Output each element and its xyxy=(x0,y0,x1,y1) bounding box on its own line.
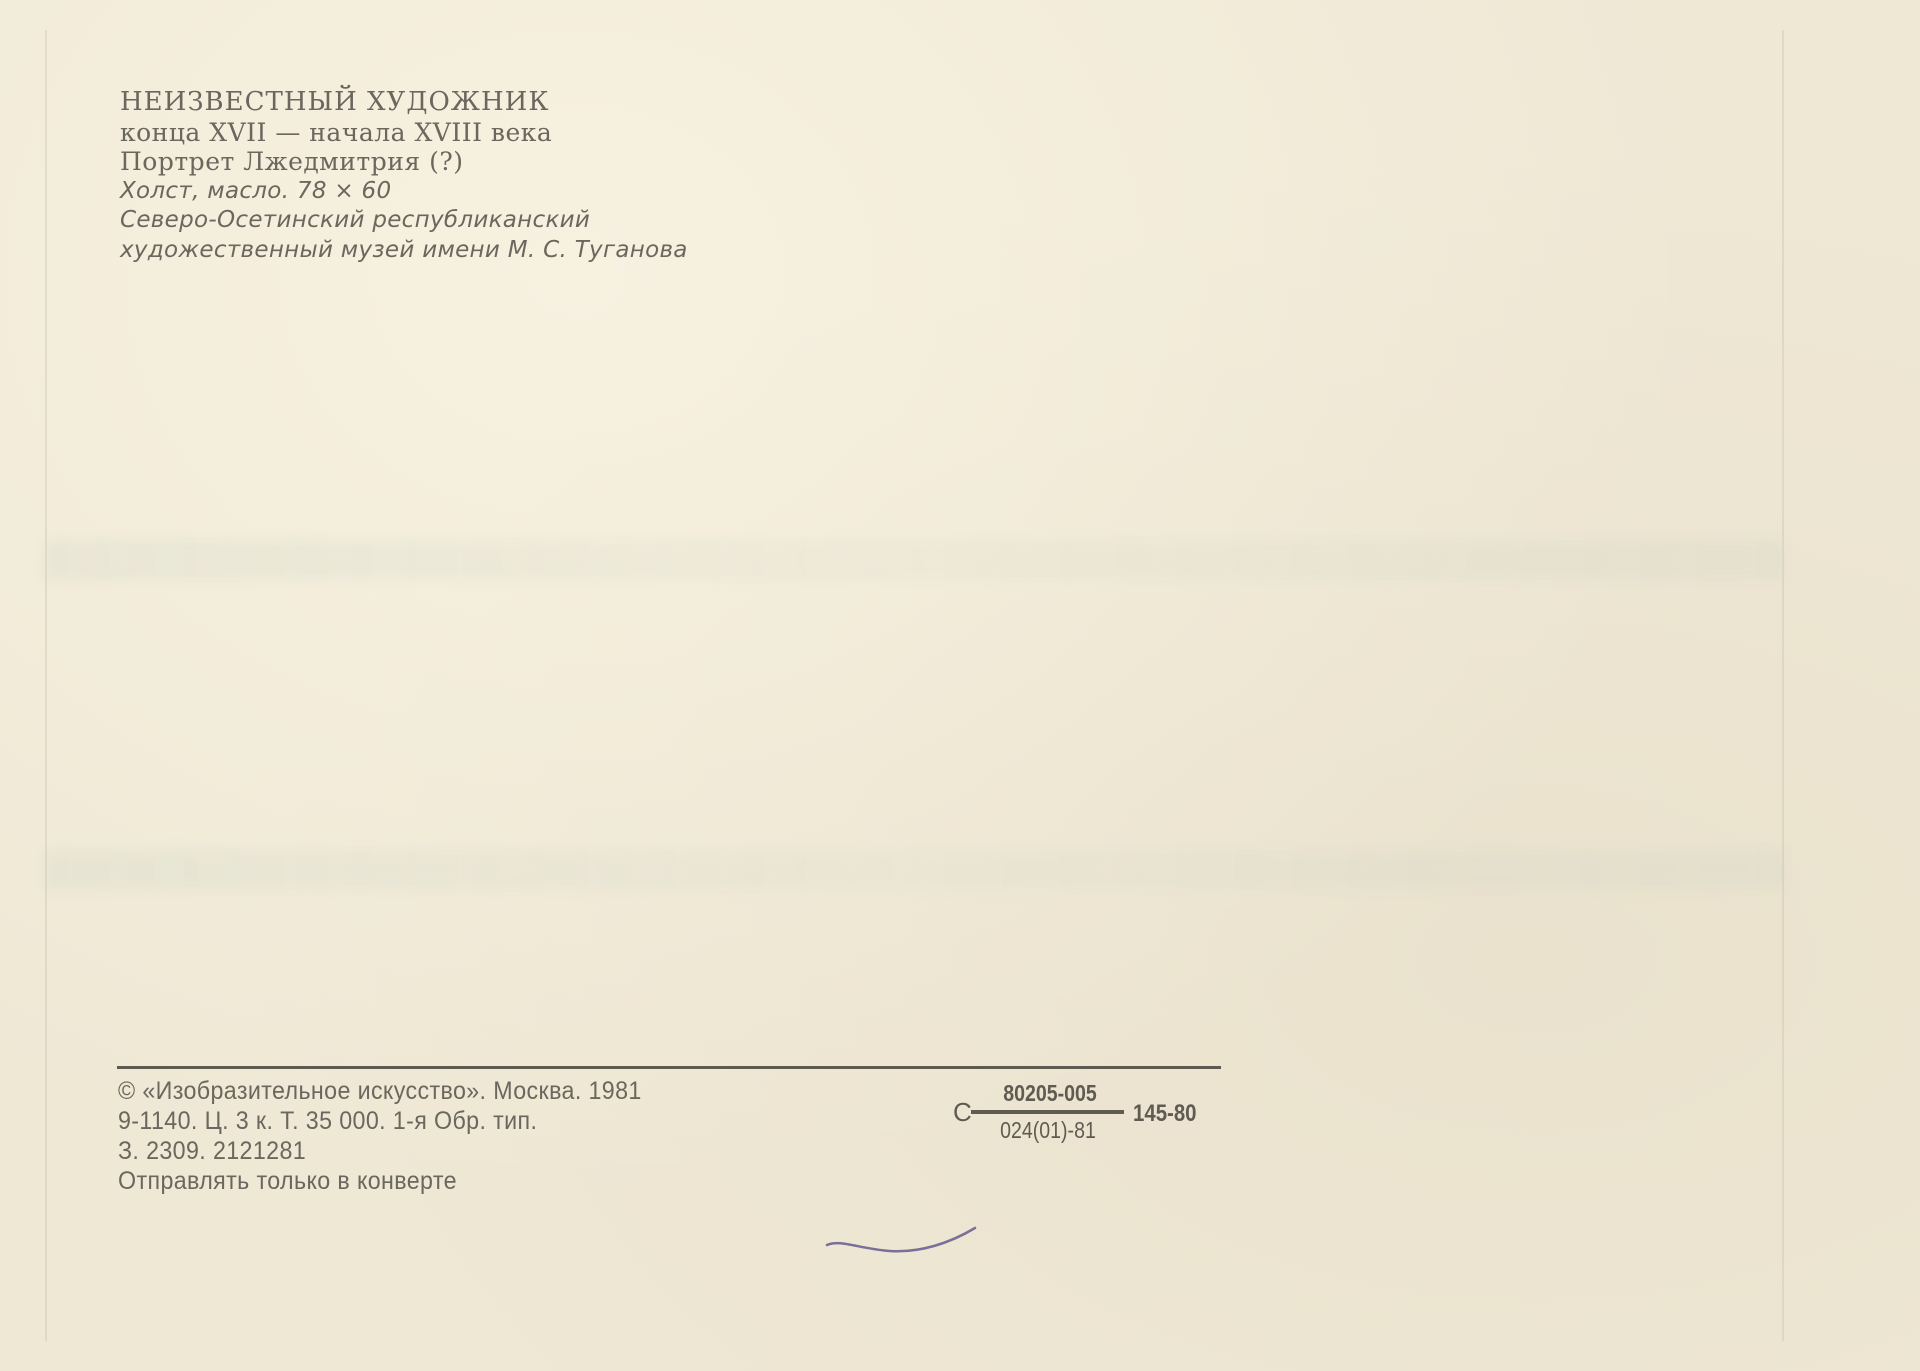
bleed-through-band-lower xyxy=(45,850,1785,890)
order-line: З. 2309. 2121281 xyxy=(118,1136,642,1166)
artwork-medium: Холст, масло. 78 × 60 xyxy=(120,177,688,207)
artist-name: НЕИЗВЕСТНЫЙ ХУДОЖНИК xyxy=(120,88,688,118)
publisher-imprint: © «Изобразительное искусство». Москва. 1… xyxy=(118,1076,681,1196)
museum-line-1: Северо-Осетинский республиканский xyxy=(120,206,688,236)
publisher-line: © «Изобразительное искусство». Москва. 1… xyxy=(118,1076,642,1106)
mailing-note: Отправлять только в конверте xyxy=(118,1166,642,1196)
artwork-title: Портрет Лжедмитрия (?) xyxy=(120,147,688,177)
pen-mark-icon xyxy=(820,1225,990,1275)
artwork-caption: НЕИЗВЕСТНЫЙ ХУДОЖНИК конца XVII — начала… xyxy=(120,88,688,265)
print-info-line: 9-1140. Ц. 3 к. Т. 35 000. 1-я Обр. тип. xyxy=(118,1106,642,1136)
artwork-period: конца XVII — начала XVIII века xyxy=(120,118,688,148)
index-denominator: 024(01)-81 xyxy=(984,1117,1112,1144)
divider-rule xyxy=(117,1066,1221,1069)
left-edge-line xyxy=(45,30,47,1341)
index-prefix: С xyxy=(953,1097,972,1128)
fraction-bar xyxy=(971,1110,1124,1114)
museum-line-2: художественный музей имени М. С. Туганов… xyxy=(120,236,688,266)
index-code: 145-80 xyxy=(1133,1100,1197,1128)
bleed-through-band-upper xyxy=(45,540,1785,580)
right-edge-line xyxy=(1782,30,1784,1341)
index-numerator: 80205-005 xyxy=(988,1080,1112,1107)
